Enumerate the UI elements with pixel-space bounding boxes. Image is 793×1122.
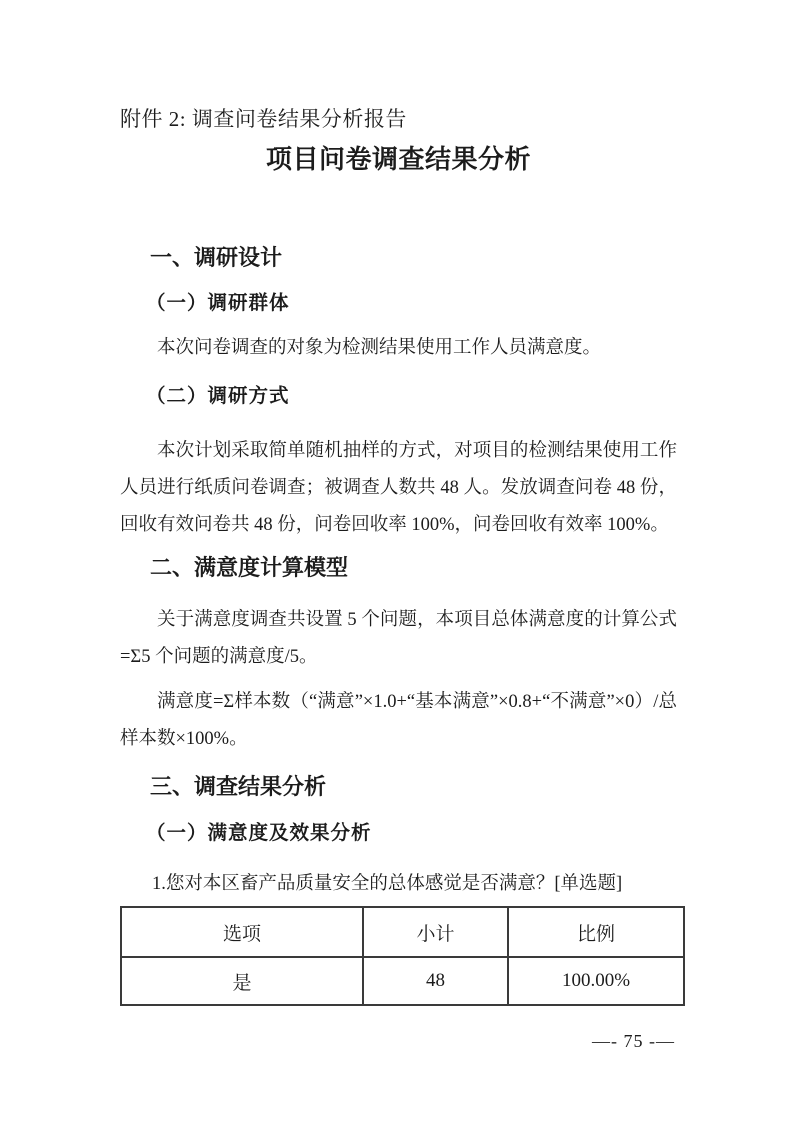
paragraph-research-group: 本次问卷调查的对象为检测结果使用工作人员满意度。	[120, 330, 677, 367]
table-header-ratio: 比例	[508, 907, 684, 957]
table-header-subtotal: 小计	[363, 907, 508, 957]
subsection-heading-satisfaction-effect: （一）满意度及效果分析	[120, 819, 677, 849]
document-page: 附件 2: 调查问卷结果分析报告 项目问卷调查结果分析 一、调研设计 （一）调研…	[0, 0, 793, 1122]
table-header-row: 选项 小计 比例	[121, 907, 684, 957]
page-number: —- 75 -—	[592, 1029, 675, 1053]
section-heading-result-analysis: 三、调查结果分析	[120, 772, 677, 802]
document-title: 项目问卷调查结果分析	[120, 140, 677, 178]
section-heading-research-design: 一、调研设计	[120, 243, 677, 273]
table-row: 是 48 100.00%	[121, 957, 684, 1005]
section-heading-satisfaction-model: 二、满意度计算模型	[120, 553, 677, 583]
table-cell-option: 是	[121, 957, 363, 1005]
attachment-note: 附件 2: 调查问卷结果分析报告	[120, 104, 677, 134]
results-table: 选项 小计 比例 是 48 100.00%	[120, 906, 685, 1006]
subsection-heading-research-method: （二）调研方式	[120, 382, 677, 412]
question-1: 1.您对本区畜产品质量安全的总体感觉是否满意？[单选题]	[120, 866, 677, 903]
paragraph-research-method: 本次计划采取简单随机抽样的方式，对项目的检测结果使用工作人员进行纸质问卷调查；被…	[120, 433, 677, 544]
table-cell-subtotal: 48	[363, 957, 508, 1005]
table-header-option: 选项	[121, 907, 363, 957]
paragraph-model-formula: 满意度=Σ样本数（“满意”×1.0+“基本满意”×0.8+“不满意”×0）/总样…	[120, 684, 677, 758]
paragraph-model-intro: 关于满意度调查共设置 5 个问题，本项目总体满意度的计算公式=Σ5 个问题的满意…	[120, 602, 677, 676]
subsection-heading-research-group: （一）调研群体	[120, 289, 677, 319]
table-cell-ratio: 100.00%	[508, 957, 684, 1005]
